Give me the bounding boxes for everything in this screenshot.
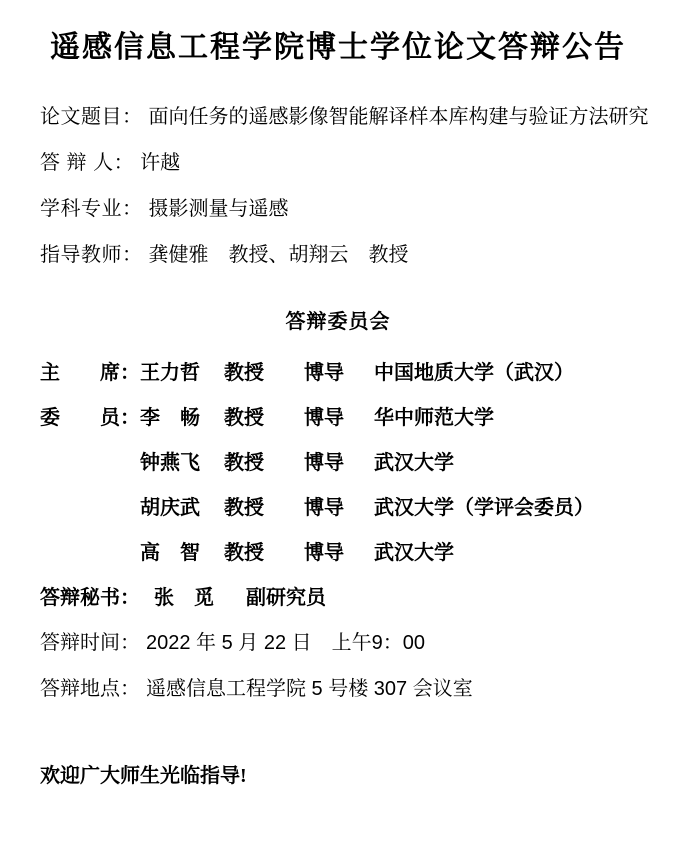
committee-row-member: 高 智 教授 博导 武汉大学	[40, 540, 636, 567]
committee-row-chair: 主 席： 王力哲 教授 博导 中国地质大学（武汉）	[40, 360, 636, 387]
secretary-line: 答辩秘书： 张 觅 副研究员	[40, 585, 636, 612]
committee-member-affiliation: 武汉大学	[374, 450, 454, 477]
major-label: 学科专业：	[40, 198, 143, 220]
committee-role-label: 主 席：	[40, 360, 140, 387]
thesis-title-value: 面向任务的遥感影像智能解译样本库构建与验证方法研究	[149, 106, 649, 128]
page-title: 遥感信息工程学院博士学位论文答辩公告	[40, 26, 636, 70]
defense-location-label: 答辩地点：	[40, 678, 140, 700]
committee-member-name: 高 智	[140, 540, 204, 567]
committee-member-affiliation: 武汉大学（学评会委员）	[374, 495, 594, 522]
welcome-message: 欢迎广大师生光临指导!	[40, 763, 636, 790]
committee-member-name: 李 畅	[140, 405, 204, 432]
defender-value: 许越	[140, 152, 180, 174]
committee-member-title: 教授	[224, 540, 268, 567]
committee-member-affiliation: 武汉大学	[374, 540, 454, 567]
committee-member-title: 教授	[224, 450, 268, 477]
defense-time-label: 答辩时间：	[40, 632, 140, 654]
committee-member-degree: 博导	[304, 405, 348, 432]
advisor-line: 指导教师：龚健雅 教授、胡翔云 教授	[40, 242, 636, 269]
announcement-page: 遥感信息工程学院博士学位论文答辩公告 论文题目：面向任务的遥感影像智能解译样本库…	[0, 0, 676, 849]
secretary-label: 答辩秘书：	[40, 585, 154, 612]
committee-member-degree: 博导	[304, 360, 348, 387]
committee-row-member: 钟燕飞 教授 博导 武汉大学	[40, 450, 636, 477]
defense-location-line: 答辩地点：遥感信息工程学院 5 号楼 307 会议室	[40, 676, 636, 703]
committee-member-name: 胡庆武	[140, 495, 204, 522]
defender-label: 答 辩 人：	[40, 152, 134, 174]
major-line: 学科专业：摄影测量与遥感	[40, 196, 636, 223]
committee-member-degree: 博导	[304, 450, 348, 477]
committee-heading: 答辩委员会	[40, 309, 636, 336]
committee-member-affiliation: 中国地质大学（武汉）	[374, 360, 574, 387]
committee-member-name: 钟燕飞	[140, 450, 204, 477]
defense-time-value: 2022 年 5 月 22 日 上午9：00	[146, 632, 425, 654]
committee-member-title: 教授	[224, 360, 268, 387]
defender-line: 答 辩 人：许越	[40, 150, 636, 177]
committee-member-degree: 博导	[304, 540, 348, 567]
secretary-name: 张 觅	[154, 585, 218, 612]
committee-member-affiliation: 华中师范大学	[374, 405, 494, 432]
committee-member-title: 教授	[224, 495, 268, 522]
committee-member-degree: 博导	[304, 495, 348, 522]
secretary-title: 副研究员	[246, 585, 326, 612]
committee-member-title: 教授	[224, 405, 268, 432]
thesis-title-line: 论文题目：面向任务的遥感影像智能解译样本库构建与验证方法研究	[40, 104, 636, 131]
major-value: 摄影测量与遥感	[149, 198, 289, 220]
committee-row-member: 委 员： 李 畅 教授 博导 华中师范大学	[40, 405, 636, 432]
advisor-label: 指导教师：	[40, 244, 143, 266]
committee-member-name: 王力哲	[140, 360, 204, 387]
advisor-value: 龚健雅 教授、胡翔云 教授	[149, 244, 409, 266]
defense-time-line: 答辩时间：2022 年 5 月 22 日 上午9：00	[40, 630, 636, 657]
committee-role-label: 委 员：	[40, 405, 140, 432]
thesis-title-label: 论文题目：	[40, 106, 143, 128]
committee-row-member: 胡庆武 教授 博导 武汉大学（学评会委员）	[40, 495, 636, 522]
defense-location-value: 遥感信息工程学院 5 号楼 307 会议室	[146, 678, 473, 700]
